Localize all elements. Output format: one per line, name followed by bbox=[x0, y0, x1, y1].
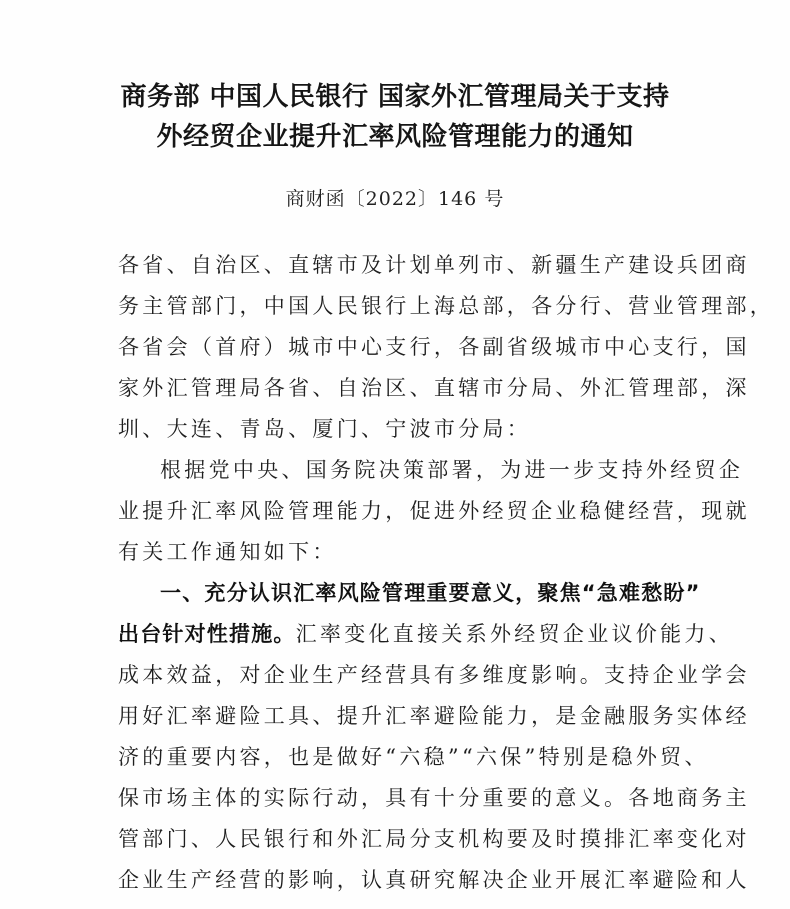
section-1-body-line: 保市场主体的实际行动，具有十分重要的意义。各地商务主 bbox=[118, 784, 678, 812]
document-title-line-2: 外经贸企业提升汇率风险管理能力的通知 bbox=[0, 122, 790, 152]
intro-line: 根据党中央、国务院决策部署，为进一步支持外经贸企 bbox=[160, 456, 720, 484]
addressee-line: 各省、自治区、直辖市及计划单列市、新疆生产建设兵团商 bbox=[118, 251, 678, 279]
document-title-line-1: 商务部 中国人民银行 国家外汇管理局关于支持 bbox=[0, 82, 790, 112]
section-1-body-line: 管部门、人民银行和外汇局分支机构要及时摸排汇率变化对 bbox=[118, 825, 678, 853]
document-number: 商财函〔2022〕146 号 bbox=[0, 186, 790, 212]
section-1-body-line: 企业生产经营的影响，认真研究解决企业开展汇率避险和人 bbox=[118, 866, 678, 894]
section-1-body-line: 用好汇率避险工具、提升汇率避险能力，是金融服务实体经 bbox=[118, 702, 678, 730]
intro-line: 业提升汇率风险管理能力，促进外经贸企业稳健经营，现就 bbox=[118, 497, 678, 525]
addressee-line: 家外汇管理局各省、自治区、直辖市分局、外汇管理部，深 bbox=[118, 374, 678, 402]
section-1-line: 出台针对性措施。汇率变化直接关系外经贸企业议价能力、 bbox=[118, 620, 678, 648]
section-1-body-line: 成本效益，对企业生产经营具有多维度影响。支持企业学会 bbox=[118, 661, 678, 689]
section-1-body-line: 济的重要内容，也是做好“六稳”“六保”特别是稳外贸、 bbox=[118, 743, 678, 771]
addressee-line: 圳、大连、青岛、厦门、宁波市分局： bbox=[118, 415, 678, 443]
section-1-heading-continued: 出台针对性措施。 bbox=[118, 622, 296, 646]
document-page: 商务部 中国人民银行 国家外汇管理局关于支持 外经贸企业提升汇率风险管理能力的通… bbox=[0, 0, 790, 909]
addressee-line: 各省会（首府）城市中心支行，各副省级城市中心支行，国 bbox=[118, 333, 678, 361]
section-1-text: 汇率变化直接关系外经贸企业议价能力、 bbox=[296, 622, 733, 646]
section-1-heading: 一、充分认识汇率风险管理重要意义，聚焦“急难愁盼” bbox=[160, 579, 720, 607]
addressee-line: 务主管部门，中国人民银行上海总部，各分行、营业管理部， bbox=[118, 292, 678, 320]
intro-line: 有关工作通知如下： bbox=[118, 538, 678, 566]
